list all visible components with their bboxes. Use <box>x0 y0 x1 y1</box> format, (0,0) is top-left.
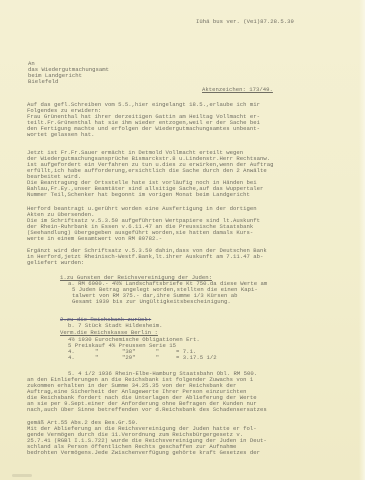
list-item: Gesamt 1939 bis zur Ungültigkeitsbeschei… <box>72 299 231 305</box>
body-line: geliefert wurden: <box>27 260 357 266</box>
file-reference: Aktenzeichen: 173/49. <box>202 87 273 93</box>
securities-item: 4. " "29" " = 3.17.5 1/2 <box>68 355 217 361</box>
body-line: wortet gelassen hat. <box>27 132 357 138</box>
body-line: Nummer Teil,Schenker hat begonnt im vori… <box>27 192 357 198</box>
body-line: bedrohten Vermögens.Jede Zwischenverfügu… <box>27 450 357 456</box>
recipient-line: Bielefeld <box>28 79 58 85</box>
scanned-letter-page: Iühä bus ver. (Ve1)87.28.5.39 An das Wie… <box>0 0 365 480</box>
body-line: werte in einem Gesamtwert von RM 80782.- <box>27 236 357 242</box>
body-line: nach,auch über Sinne betreffenden vor d.… <box>27 407 357 413</box>
paper-smudge <box>12 474 32 477</box>
header-reference: Iühä bus ver. (Ve1)87.28.5.39 <box>196 19 294 25</box>
